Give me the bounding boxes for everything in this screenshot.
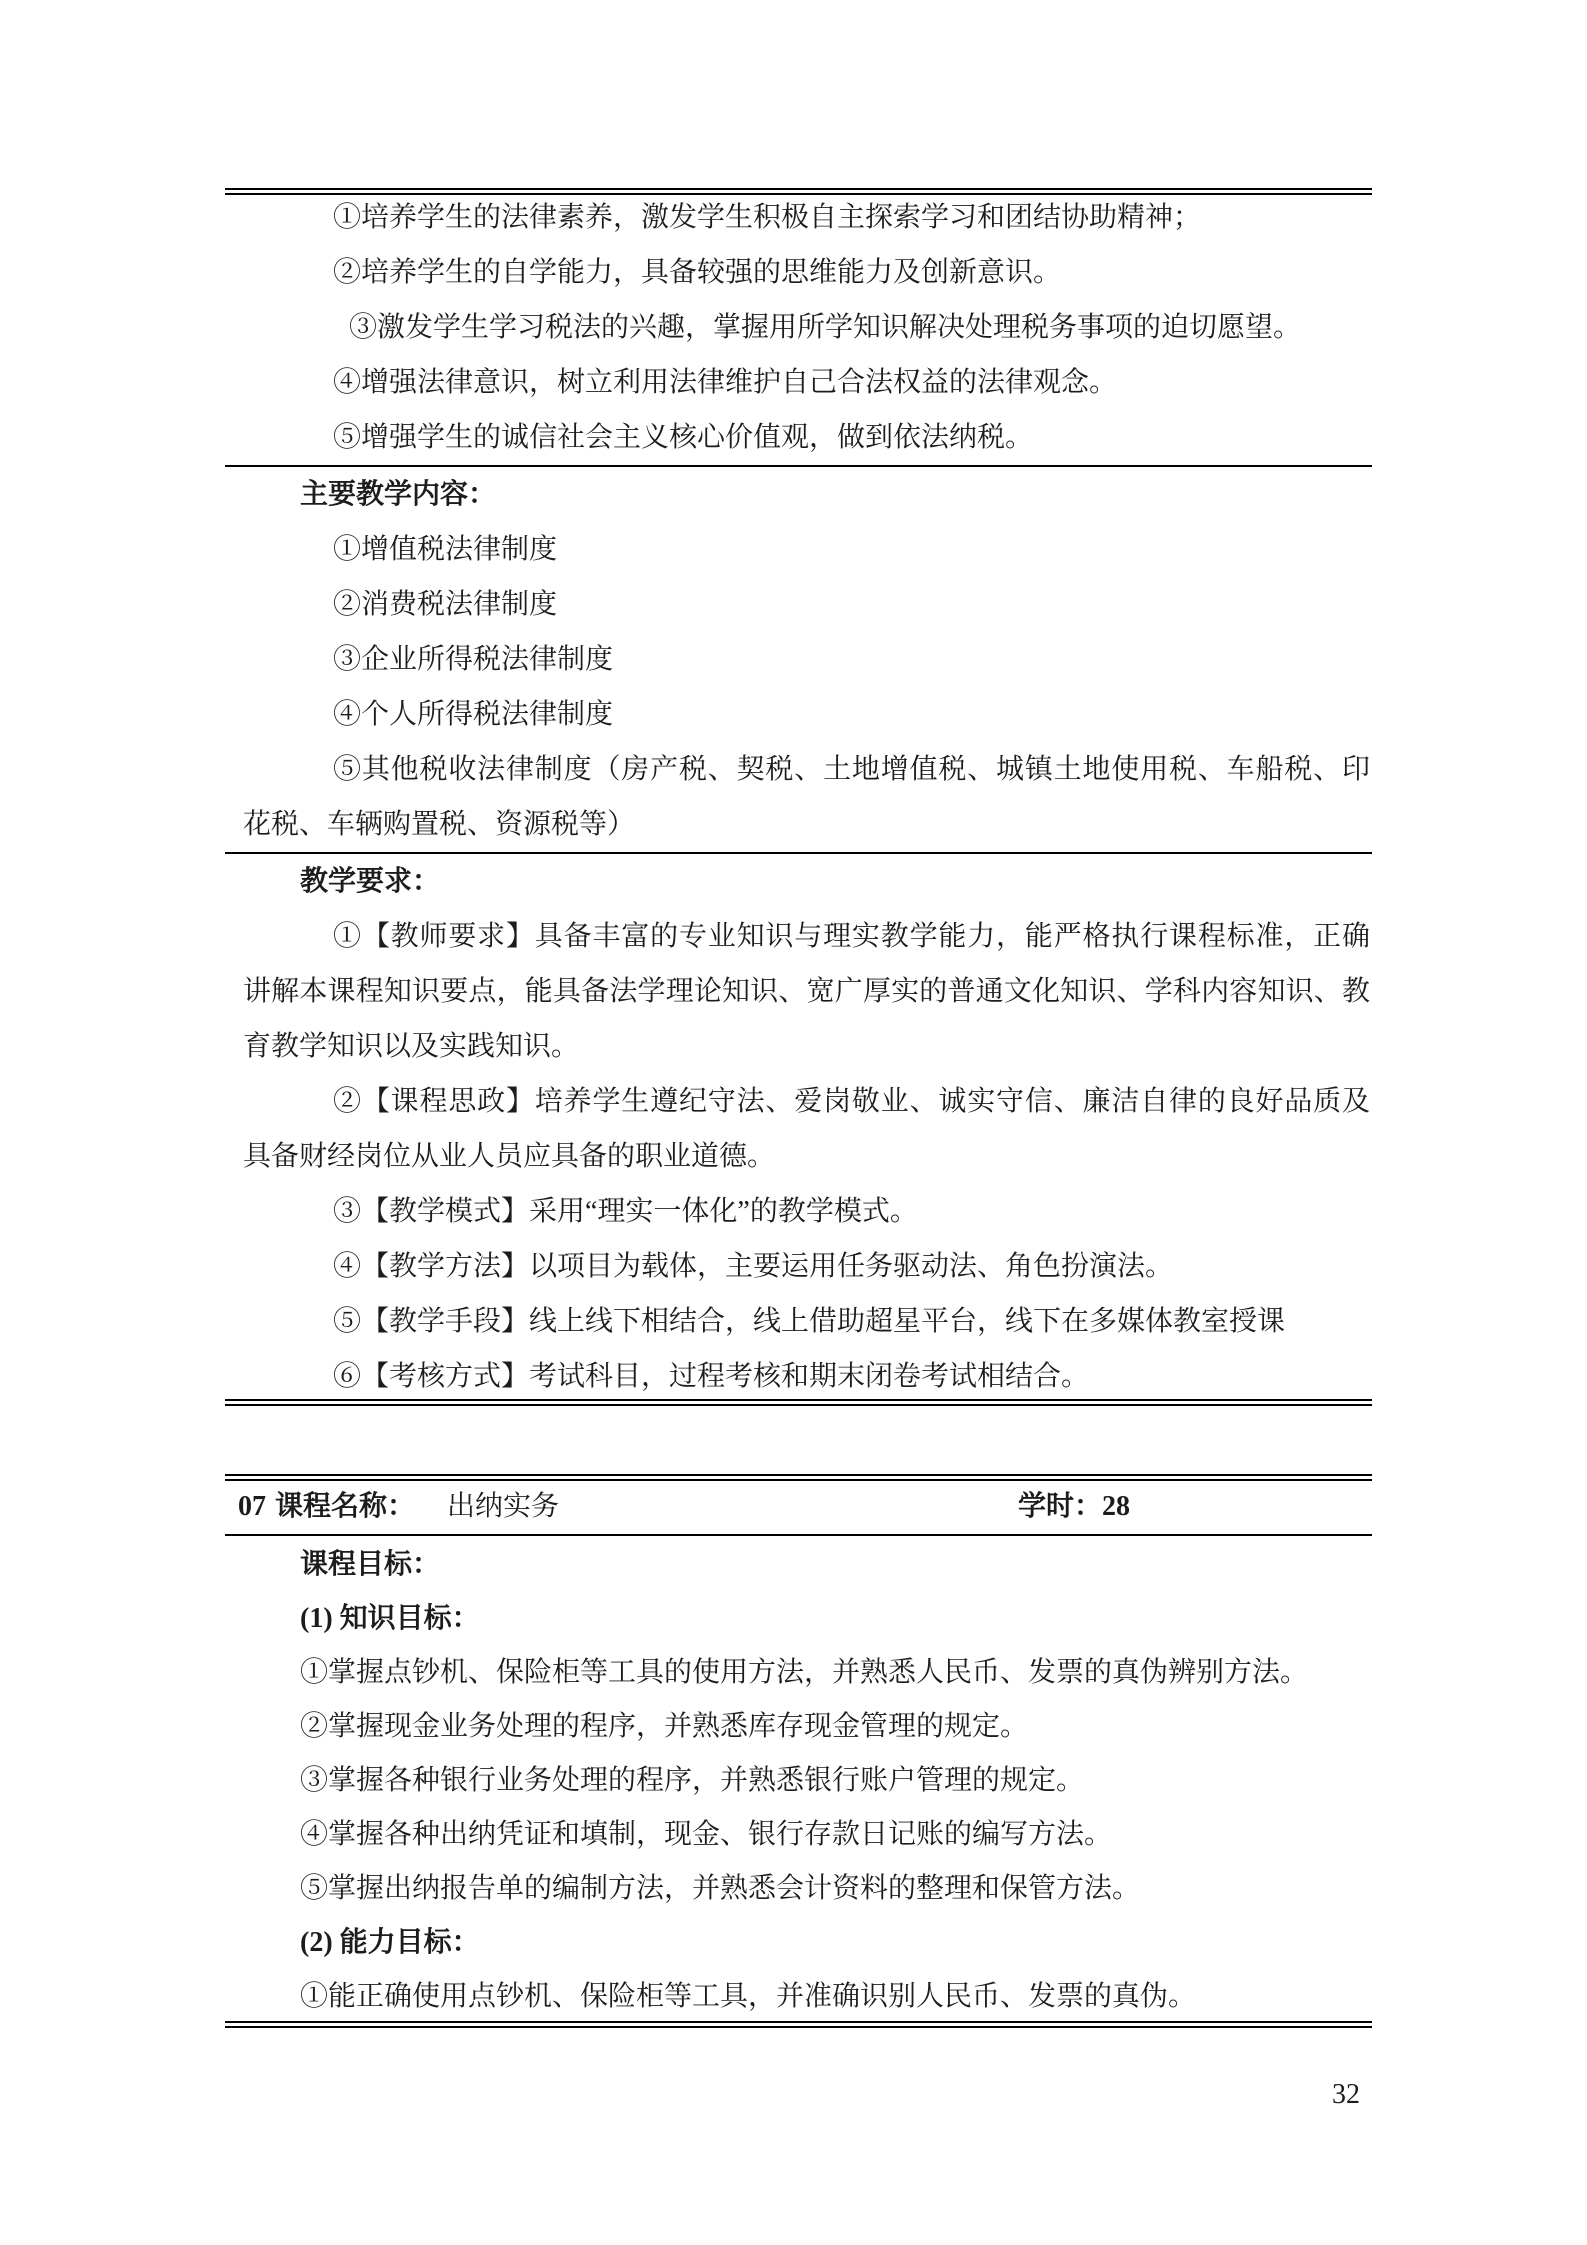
text-line: ④个人所得税法律制度	[225, 687, 1372, 742]
text-line: ①增值税法律制度	[225, 522, 1372, 577]
course-index: 07	[238, 1491, 266, 1522]
text-line: 花税、车辆购置税、资源税等）	[225, 797, 1372, 852]
text-line: 讲解本课程知识要点，能具备法学理论知识、宽广厚实的普通文化知识、学科内容知识、教	[225, 964, 1372, 1019]
text-line: ④增强法律意识，树立利用法律维护自己合法权益的法律观念。	[225, 355, 1372, 410]
text-line: ①【教师要求】具备丰富的专业知识与理实教学能力，能严格执行课程标准，正确	[225, 909, 1372, 964]
table2-bottom-double-rule	[225, 2021, 1372, 2028]
course-label: 07课程名称：	[238, 1480, 415, 1534]
text-line: ⑤其他税收法律制度（房产税、契税、土地增值税、城镇土地使用税、车船税、印	[225, 742, 1372, 797]
hours-value: 28	[1102, 1491, 1130, 1522]
text-line: ②掌握现金业务处理的程序，并熟悉库存现金管理的规定。	[225, 1700, 1372, 1754]
text-line: (1) 知识目标：	[225, 1592, 1372, 1646]
section-quality-goals: ①培养学生的法律素养，激发学生积极自主探索学习和团结协助精神；②培养学生的自学能…	[225, 190, 1372, 465]
course-row-bottom-rule	[225, 1534, 1372, 1536]
text-line: ③掌握各种银行业务处理的程序，并熟悉银行账户管理的规定。	[225, 1754, 1372, 1808]
text-line: 具备财经岗位从业人员应具备的职业道德。	[225, 1129, 1372, 1184]
text-line: (2) 能力目标：	[225, 1916, 1372, 1970]
text-line: ①培养学生的法律素养，激发学生积极自主探索学习和团结协助精神；	[225, 190, 1372, 245]
course-header-row: 07课程名称： 出纳实务 学时：28	[225, 1480, 1372, 1534]
text-line: ②培养学生的自学能力，具备较强的思维能力及创新意识。	[225, 245, 1372, 300]
text-line: ③激发学生学习税法的兴趣，掌握用所学知识解决处理税务事项的迫切愿望。	[225, 300, 1372, 355]
section-main-teaching-content: 主要教学内容：①增值税法律制度②消费税法律制度③企业所得税法律制度④个人所得税法…	[225, 467, 1372, 852]
table1-bottom-double-rule	[225, 1399, 1372, 1406]
text-line: ①能正确使用点钞机、保险柜等工具，并准确识别人民币、发票的真伪。	[225, 1970, 1372, 2024]
hours-label: 学时：	[1018, 1491, 1102, 1522]
text-line: ④【教学方法】以项目为载体，主要运用任务驱动法、角色扮演法。	[225, 1239, 1372, 1294]
text-line: ①掌握点钞机、保险柜等工具的使用方法，并熟悉人民币、发票的真伪辨别方法。	[225, 1646, 1372, 1700]
course-hours: 学时：28	[1018, 1480, 1130, 1534]
text-line: ⑤掌握出纳报告单的编制方法，并熟悉会计资料的整理和保管方法。	[225, 1862, 1372, 1916]
text-line: 主要教学内容：	[225, 467, 1372, 522]
text-line: ②消费税法律制度	[225, 577, 1372, 632]
text-line: ④掌握各种出纳凭证和填制，现金、银行存款日记账的编写方法。	[225, 1808, 1372, 1862]
text-line: 课程目标：	[225, 1538, 1372, 1592]
text-line: 教学要求：	[225, 854, 1372, 909]
course-name: 出纳实务	[447, 1480, 559, 1534]
page-number: 32	[1332, 2080, 1360, 2110]
text-line: ⑤【教学手段】线上线下相结合，线上借助超星平台，线下在多媒体教室授课	[225, 1294, 1372, 1349]
text-line: ③企业所得税法律制度	[225, 632, 1372, 687]
text-line: ⑤增强学生的诚信社会主义核心价值观，做到依法纳税。	[225, 410, 1372, 465]
section-teaching-requirements: 教学要求：①【教师要求】具备丰富的专业知识与理实教学能力，能严格执行课程标准，正…	[225, 854, 1372, 1404]
text-line: ⑥【考核方式】考试科目，过程考核和期末闭卷考试相结合。	[225, 1349, 1372, 1404]
course-name-label: 课程名称：	[275, 1491, 415, 1522]
document-page: ①培养学生的法律素养，激发学生积极自主探索学习和团结协助精神；②培养学生的自学能…	[0, 0, 1587, 2245]
text-line: ②【课程思政】培养学生遵纪守法、爱岗敬业、诚实守信、廉洁自律的良好品质及	[225, 1074, 1372, 1129]
text-line: 育教学知识以及实践知识。	[225, 1019, 1372, 1074]
section-course-goals: 课程目标：(1) 知识目标：①掌握点钞机、保险柜等工具的使用方法，并熟悉人民币、…	[225, 1538, 1372, 2024]
text-line: ③【教学模式】采用“理实一体化”的教学模式。	[225, 1184, 1372, 1239]
